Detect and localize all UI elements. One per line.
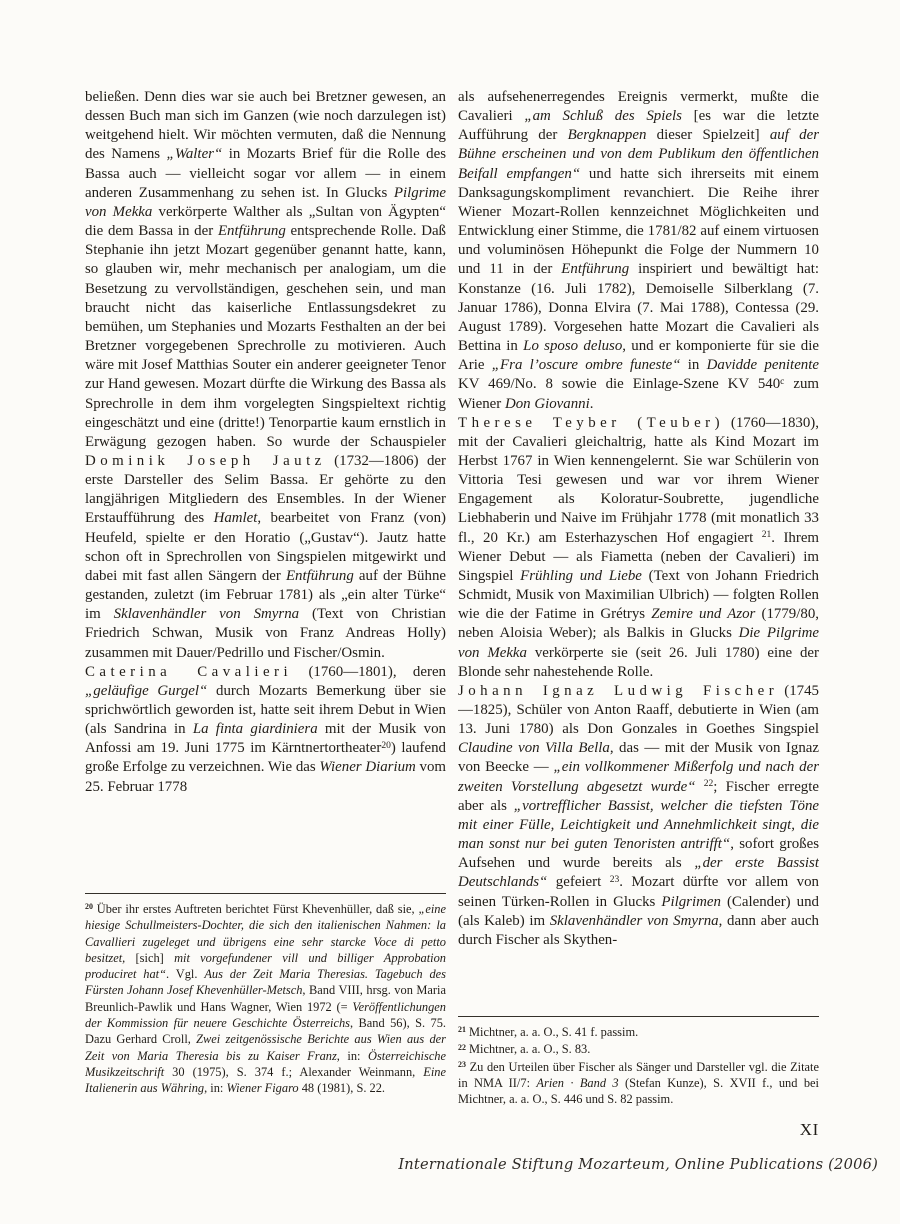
left-column: beließen. Denn dies war sie auch bei Bre… [85,88,446,888]
paragraph-johann-fischer: Johann Ignaz Ludwig Fischer (1745—1825),… [458,682,819,950]
footnote-23: 23 Zu den Urteilen über Fischer als Säng… [458,1059,819,1108]
page-number: XI [458,1120,819,1140]
paragraph-caterina-cavalieri: Caterina Cavalieri (1760—1801), deren „g… [85,663,446,797]
footnote-22: 22 Michtner, a. a. O., S. 83. [458,1041,819,1057]
footnote-21: 21 Michtner, a. a. O., S. 41 f. passim. [458,1024,819,1040]
right-footnotes: 21 Michtner, a. a. O., S. 41 f. passim. … [458,1016,819,1120]
paragraph: als aufsehenerregendes Ereignis vermerkt… [458,88,819,414]
right-column: als aufsehenerregendes Ereignis vermerkt… [458,88,819,1015]
left-footnotes: 20 Über ihr erstes Auftreten berichtet F… [85,893,446,1146]
footer-credit: Internationale Stiftung Mozarteum, Onlin… [398,1156,878,1173]
paragraph-therese-teyber: Therese Teyber (Teuber) (1760—1830), mit… [458,414,819,682]
footnote-20: 20 Über ihr erstes Auftreten berichtet F… [85,901,446,1097]
paragraph: beließen. Denn dies war sie auch bei Bre… [85,88,446,663]
book-page: beließen. Denn dies war sie auch bei Bre… [0,0,900,1224]
